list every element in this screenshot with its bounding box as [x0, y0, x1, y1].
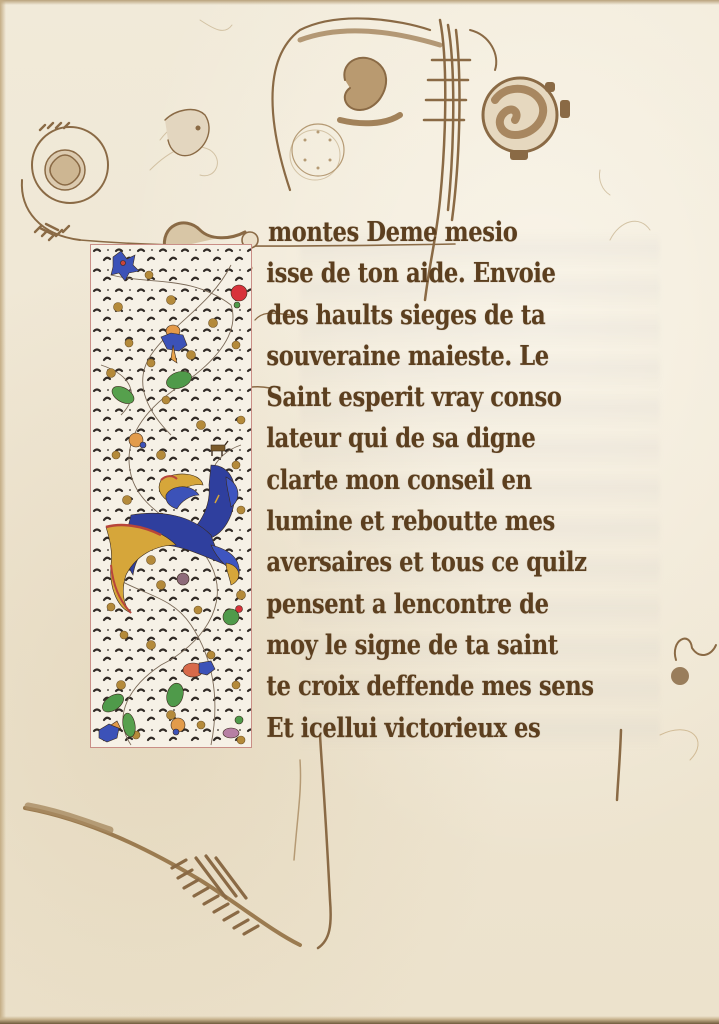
- manuscript-page: montes Deme mesio isse de ton aide. Envo…: [0, 0, 719, 1024]
- text-line: montes Deme mesio: [258, 212, 602, 253]
- floral-border-panel: [90, 244, 252, 748]
- text-line: te croix deffende mes sens: [258, 666, 602, 707]
- text-line: moy le signe de ta saint: [258, 625, 602, 666]
- text-line: lateur qui de sa digne: [258, 418, 602, 459]
- acanthus-border-art: [91, 245, 251, 747]
- text-line: aversaires et tous ce quilz: [258, 542, 602, 583]
- text-line: Et icellui victorieux es: [258, 708, 602, 749]
- page-bottom-edge: [0, 1016, 719, 1024]
- text-line: des haults sieges de ta: [258, 295, 602, 336]
- text-line: pensent a lencontre de: [258, 584, 602, 625]
- text-line: isse de ton aide. Envoie: [258, 253, 602, 294]
- text-line: clarte mon conseil en: [258, 460, 602, 501]
- text-line: Saint esperit vray conso: [258, 377, 602, 418]
- text-line: souveraine maieste. Le: [258, 336, 602, 377]
- text-line: lumine et reboutte mes: [258, 501, 602, 542]
- manuscript-text-block: montes Deme mesio isse de ton aide. Envo…: [258, 212, 668, 749]
